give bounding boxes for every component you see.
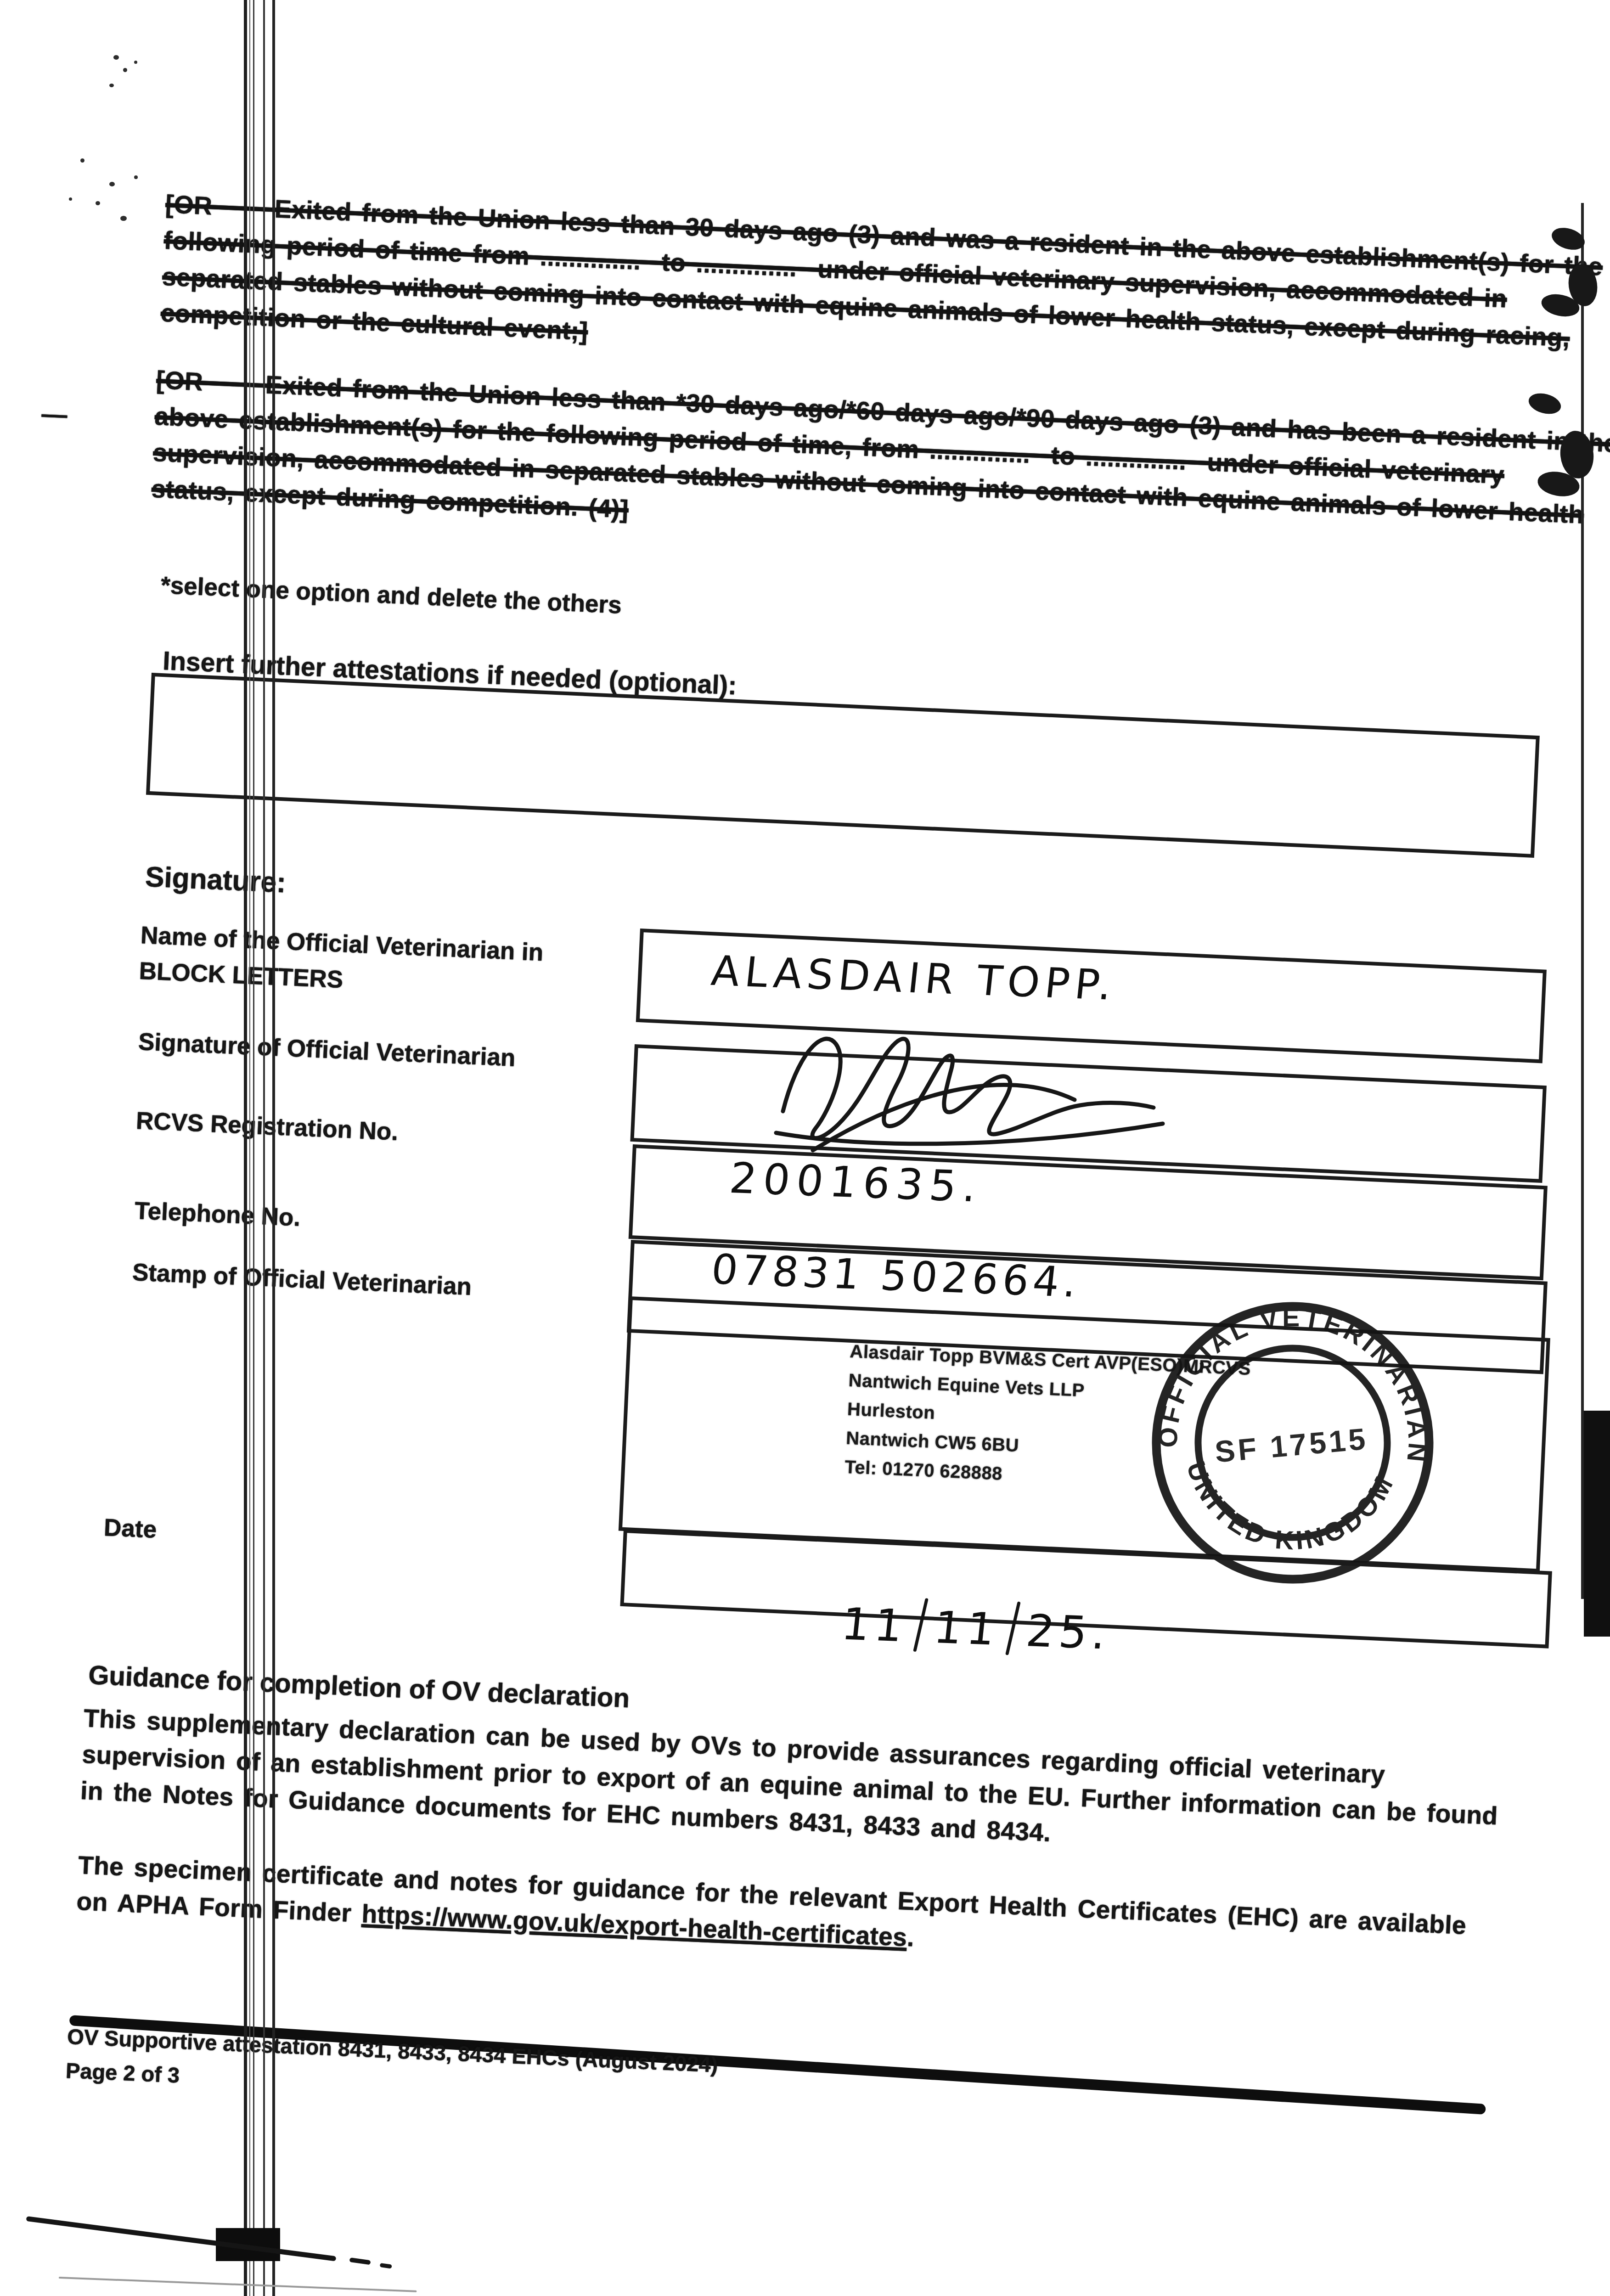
telephone-label: Telephone No. [134, 1193, 301, 1236]
signature-section-heading: Signature: [145, 861, 287, 899]
signature-image [758, 1013, 1180, 1164]
scan-speck [109, 84, 114, 87]
scan-edge-bar [1584, 1411, 1610, 1637]
date-separator-stroke [1005, 1601, 1021, 1655]
scan-speck [123, 68, 127, 72]
scan-feed-line [263, 0, 265, 2296]
attestations-entry-box[interactable] [146, 673, 1540, 858]
guidance-paragraph: This supplementary declaration can be us… [80, 1700, 1500, 1870]
scan-streak [26, 2216, 337, 2261]
date-month: 11 [931, 1602, 1002, 1655]
scan-streak [349, 2257, 371, 2265]
date-day: 11 [839, 1598, 910, 1652]
stamp-label: Stamp of Official Veterinarian [132, 1255, 473, 1305]
handwritten-date-value: 111125. [759, 1541, 1119, 1711]
rcvs-number-label: RCVS Registration No. [135, 1103, 399, 1150]
footer: OV Supportive attestation 8431, 8433, 84… [65, 2020, 719, 2116]
struck-clause-exited-30-days: [OR Exited from the Union less than 30 d… [160, 186, 1604, 394]
scan-feed-line [244, 0, 247, 2296]
scanned-document-page: [OR Exited from the Union less than 30 d… [0, 0, 1610, 2296]
scan-speck [109, 182, 115, 186]
handwritten-rcvs-value: 2001635. [727, 1154, 985, 1212]
scan-speck [134, 61, 137, 64]
select-option-note: *select one option and delete the others [160, 568, 623, 624]
scan-speck [120, 216, 127, 221]
specimen-paragraph: The specimen certificate and notes for g… [76, 1847, 1467, 1980]
scan-feed-line [272, 0, 275, 2296]
official-veterinarian-seal: OFFICIAL VETERINARIAN UNITED KINGDOM SF … [1146, 1296, 1440, 1590]
scan-speck [113, 55, 119, 60]
scan-speck [80, 158, 84, 163]
date-separator-stroke [913, 1598, 929, 1652]
struck-clause-exited-30-60-90-days: [OR Exited from the Union less than *30 … [151, 362, 1610, 571]
scan-streak [380, 2263, 392, 2269]
scan-speck [69, 197, 72, 201]
scan-feed-line [253, 0, 254, 2296]
scan-feed-line [249, 0, 250, 2296]
scan-speck [96, 201, 100, 205]
scan-smudge [1526, 390, 1563, 417]
ov-signature-label: Signature of Official Veterinarian [138, 1024, 516, 1076]
name-label: Name of the Official Veterinarian in BLO… [138, 917, 544, 1007]
date-label: Date [103, 1510, 158, 1548]
scan-speck [134, 175, 138, 179]
seal-centre-number: SF 17515 [1214, 1422, 1369, 1469]
specimen-suffix: . [906, 1923, 915, 1952]
scan-faint-line [59, 2277, 417, 2292]
scan-edge-line [1581, 203, 1584, 1599]
margin-dash: — [41, 399, 68, 429]
date-year: 25. [1024, 1605, 1113, 1659]
